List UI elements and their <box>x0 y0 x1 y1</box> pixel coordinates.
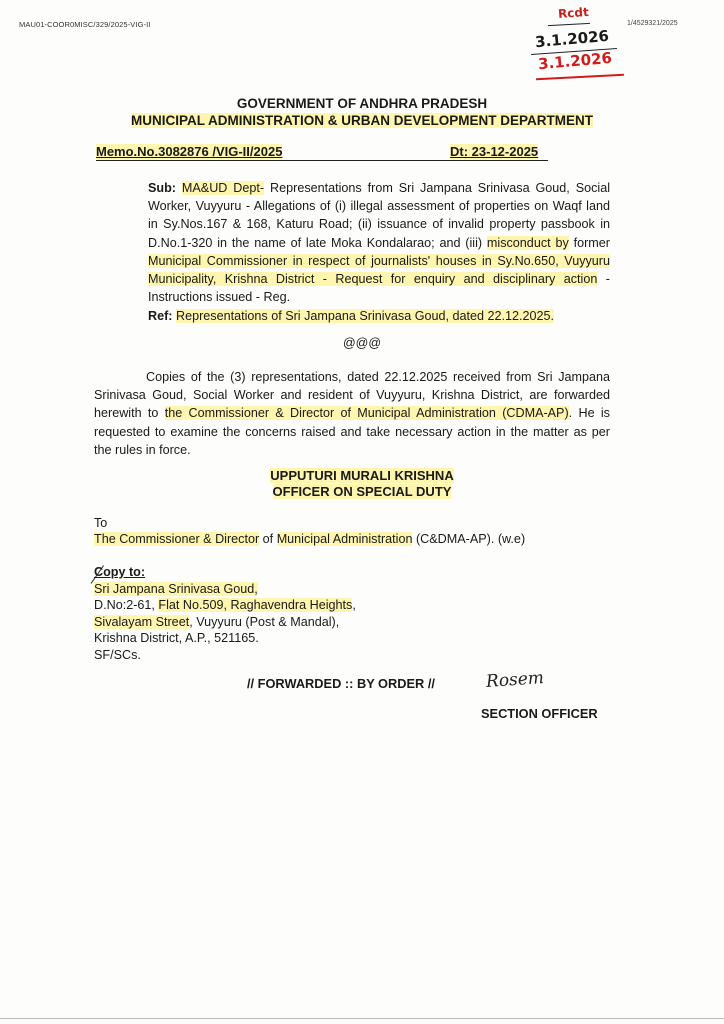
copy-to-block: Copy to: Sri Jampana Srinivasa Goud, D.N… <box>94 564 356 663</box>
signatory-designation: OFFICER ON SPECIAL DUTY <box>0 484 724 499</box>
memo-underline <box>96 160 548 161</box>
handwritten-date-black: 3.1.2026 <box>534 27 609 51</box>
copy-line: SF/SCs. <box>94 647 356 664</box>
file-number-left: MAU01-COOR0MISC/329/2025-VIG-II <box>19 20 150 29</box>
section-officer-label: SECTION OFFICER <box>481 706 598 721</box>
page-edge <box>0 1018 724 1019</box>
copy-to-title: Copy to: <box>94 564 356 581</box>
addressee: The Commissioner & Director of Municipal… <box>94 532 525 546</box>
file-number-right: 1/4529321/2025 <box>627 20 678 27</box>
copy-line: Krishna District, A.P., 521165. <box>94 630 356 647</box>
memo-date: Dt: 23-12-2025 <box>450 144 538 159</box>
department-heading: MUNICIPAL ADMINISTRATION & URBAN DEVELOP… <box>0 113 724 128</box>
subject-highlight-1: MA&UD Dept- <box>182 181 264 195</box>
forwarded-by-order: // FORWARDED :: BY ORDER // <box>247 676 435 691</box>
body-paragraph: Copies of the (3) representations, dated… <box>94 368 610 459</box>
received-mark: Rcdt <box>558 5 590 21</box>
reference-label: Ref: <box>148 309 173 323</box>
copy-line: Sri Jampana Srinivasa Goud, <box>94 581 356 598</box>
reference-line: Ref: Representations of Sri Jampana Srin… <box>148 307 618 325</box>
subject-paragraph: Sub: MA&UD Dept- Representations from Sr… <box>148 179 610 306</box>
separator: @@@ <box>0 336 724 350</box>
copy-line: D.No:2-61, Flat No.509, Raghavendra Heig… <box>94 597 356 614</box>
copy-line: Sivalayam Street, Vuyyuru (Post & Mandal… <box>94 614 356 631</box>
signatory-name: UPPUTURI MURALI KRISHNA <box>0 468 724 483</box>
subject-label: Sub: <box>148 181 176 195</box>
memo-number: Memo.No.3082876 /VIG-II/2025 <box>96 144 282 159</box>
red-underline <box>536 74 624 81</box>
to-label: To <box>94 516 107 530</box>
reference-text: Representations of Sri Jampana Srinivasa… <box>176 309 554 323</box>
received-underline <box>548 23 590 26</box>
signature: Rosem <box>485 668 544 692</box>
government-heading: GOVERNMENT OF ANDHRA PRADESH <box>0 96 724 111</box>
